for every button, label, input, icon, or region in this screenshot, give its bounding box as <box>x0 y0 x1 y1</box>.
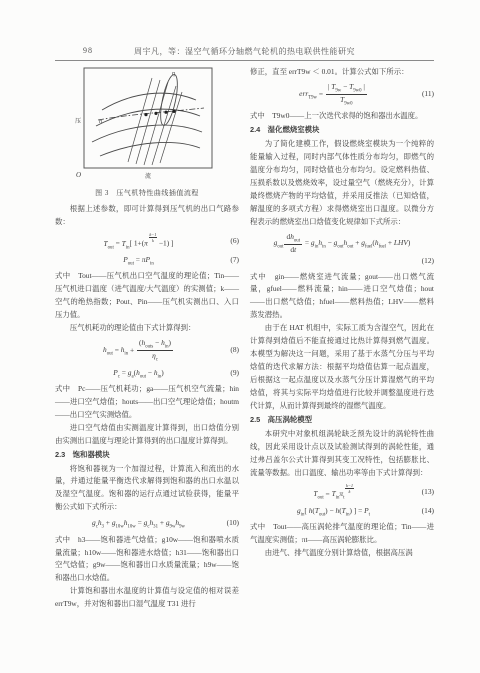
section-heading-2-4: 2.4 湿化燃烧室模块 <box>250 124 434 137</box>
figure-3: η n O 压 流 图 3 压气机特性曲线插值流程 <box>55 66 239 199</box>
running-title: 周宇凡，等：湿空气循环分轴燃气轮机的热电联供性能研究 <box>55 46 434 57</box>
equation-13-body: Tout = Tinπtk−1k <box>250 483 417 502</box>
two-column-body: η n O 压 流 图 3 压气机特性曲线插值流程 根据上述参数，即可计算得到压… <box>55 66 434 611</box>
paragraph: 本研究中对象机组涡轮缺乏预先设计的涡轮特性曲线，因此采用设计点以及试验测试得到的… <box>250 428 434 480</box>
equation-12-body: goutdhoutdt = ginhin − gouthout + gfuel(… <box>250 232 434 255</box>
header-rule <box>55 60 434 61</box>
equation-7-body: Pout = πPin <box>55 254 222 267</box>
interpolated-lines <box>128 78 182 165</box>
equation-11: errT9w = | T9w − T9w0 |T9w0 (11) <box>250 82 434 108</box>
equation-12: goutdhoutdt = ginhin − gouthout + gfuel(… <box>250 232 434 267</box>
equation-11-body: errT9w = | T9w − T9w0 |T9w0 <box>250 82 417 108</box>
equation-10: gch3 + g10wh10w = gch31 + g9wh9w (10) <box>55 517 239 530</box>
equation-9-body: Pc = ga(hout − hin) <box>55 367 222 380</box>
equation-10-body: gch3 + g10wh10w = gch31 + g9wh9w <box>55 517 222 530</box>
x-axis-label: 流 <box>145 172 151 180</box>
paragraph: 式中 Pc——压气机耗功；ga——压气机空气流量；hin——进口空气焓值；hou… <box>55 383 239 422</box>
page-header: 98 周宇凡，等：湿空气循环分轴燃气轮机的热电联供性能研究 <box>55 46 434 58</box>
paragraph: 为了简化建模工作，假设燃烧室模块为一个纯粹的能量输入过程，同时内部气体性质分布均… <box>250 138 434 229</box>
equation-13-number: (13) <box>417 486 434 499</box>
paragraph: 式中 gin——燃烧室进气流量；gout——出口燃气流量，gfuel——燃料流量… <box>250 271 434 323</box>
paragraph: 式中 T9w0——上一次迭代求得的饱和器出水温度。 <box>250 110 434 123</box>
paper-page: 98 周宇凡，等：湿空气循环分轴燃气轮机的热电联供性能研究 <box>0 0 480 673</box>
equation-6-body: Tout = Tin[ 1+(πk−1k −1) ] <box>55 232 222 251</box>
equation-11-number: (11) <box>417 88 434 101</box>
speed-label: n <box>99 119 102 125</box>
paragraph: 由进气、排气温度分别计算焓值，根据高压涡 <box>250 547 434 560</box>
equation-12-number: (12) <box>250 255 434 268</box>
paragraph: 计算饱和器出水温度的计算值与设定值的相对误差 errT9w，并对饱和器出口湿气温… <box>55 585 239 611</box>
paragraph: 压气机耗功的理论值由下式计算得到： <box>55 322 239 335</box>
compressor-map-figure: η n O 压 流 <box>72 66 222 186</box>
y-axis-label: 压 <box>75 117 81 125</box>
equation-13: Tout = Tinπtk−1k (13) <box>250 483 434 502</box>
equation-14: gin[ h(Tout) − h(Tin) ] = Pt (14) <box>250 505 434 518</box>
equation-14-number: (14) <box>417 505 434 518</box>
equation-10-number: (10) <box>222 517 239 530</box>
figure-caption: 图 3 压气机特性曲线插值流程 <box>55 187 239 199</box>
equation-8-number: (8) <box>222 344 239 357</box>
paragraph: 将饱和器视为一个加湿过程，计算流入和流出的水量，并通过能量平衡迭代求解得到饱和器… <box>55 463 239 515</box>
equation-9: Pc = ga(hout − hin) (9) <box>55 367 239 380</box>
equation-9-number: (9) <box>222 367 239 380</box>
equation-6: Tout = Tin[ 1+(πk−1k −1) ] (6) <box>55 232 239 251</box>
figure-frame <box>84 68 212 168</box>
paragraph: 式中 Tout——高压涡轮排气温度的理论值；Tin——进气温度实测值；πt——高… <box>250 521 434 547</box>
equation-7: Pout = πPin (7) <box>55 254 239 267</box>
equation-7-number: (7) <box>222 254 239 267</box>
paragraph: 进口空气焓值由实测温度计算得到，出口焓值分别由实测出口温度与理论计算得到的出口温… <box>55 422 239 448</box>
paragraph: 由于在 HAT 机组中，实际工质为含湿空气，因此在计算得到焓值后不能直接通过比热… <box>250 322 434 413</box>
paragraph: 根据上述参数，即可计算得到压气机的出口气路参数： <box>55 203 239 229</box>
equation-8: hout = hin + (houts − hin)ηc (8) <box>55 338 239 364</box>
paragraph: 修正，直至 errT9w ＜ 0.01。计算公式如下所示： <box>250 66 434 79</box>
paragraph: 式中 h3——饱和器进气焓值；g10w——饱和器喷水质量流量；h10w——饱和器… <box>55 534 239 586</box>
efficiency-contour <box>157 73 181 127</box>
section-heading-2-5: 2.5 高压涡轮模型 <box>250 414 434 427</box>
paragraph: 式中 Tout——压气机出口空气温度的理论值；Tin——压气机进口温度（进气温度… <box>55 270 239 322</box>
eta-label: η <box>172 71 175 77</box>
equation-6-number: (6) <box>222 235 239 248</box>
equation-14-body: gin[ h(Tout) − h(Tin) ] = Pt <box>250 505 417 518</box>
origin-label: O <box>76 171 81 179</box>
section-heading-2-3: 2.3 饱和器模块 <box>55 449 239 462</box>
equation-8-body: hout = hin + (houts − hin)ηc <box>55 338 222 364</box>
right-column: 修正，直至 errT9w ＜ 0.01。计算公式如下所示： errT9w = |… <box>250 66 434 611</box>
left-column: η n O 压 流 图 3 压气机特性曲线插值流程 根据上述参数，即可计算得到压… <box>55 66 239 611</box>
